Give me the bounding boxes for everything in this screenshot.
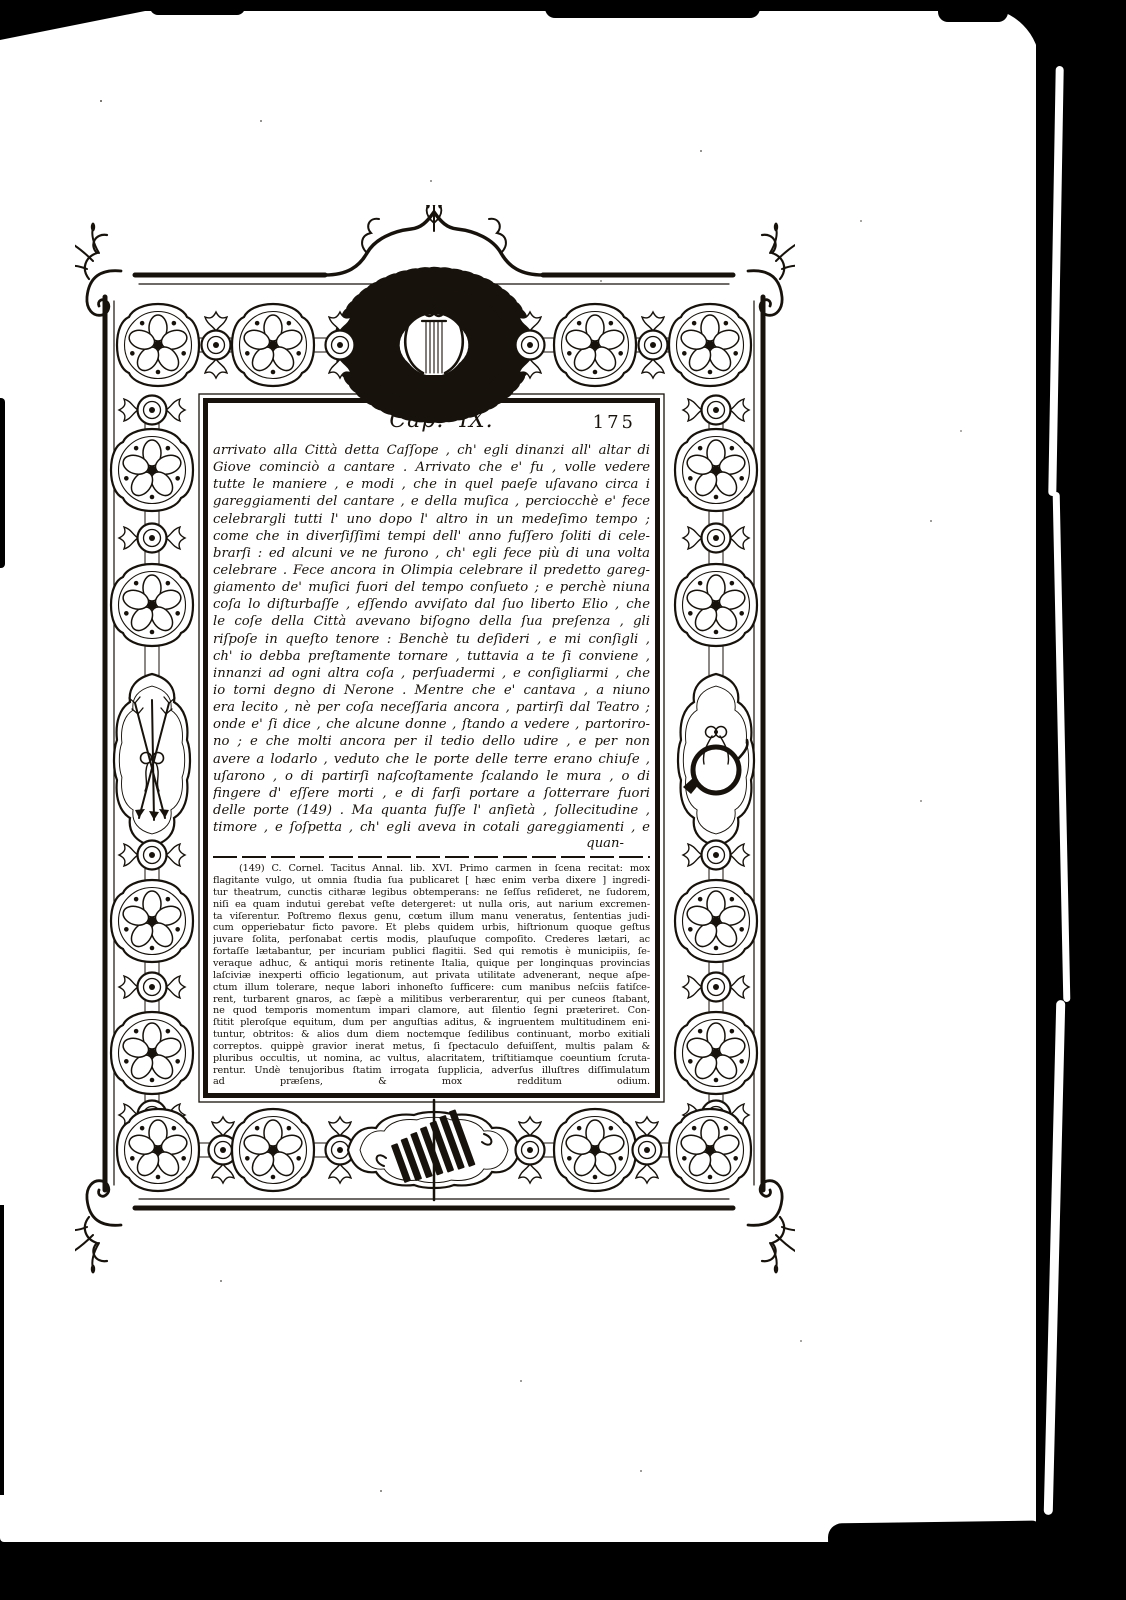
eyelink-icon	[202, 312, 231, 378]
catchword: quan-	[213, 836, 650, 854]
text-line: riſpoſe in queſto tenore : Benchè tu deſ…	[213, 631, 650, 648]
rosette-icon	[117, 304, 199, 386]
rosette-icon	[111, 1012, 193, 1094]
text-line: brarſi : ed alcuni ve ne furono , ch' eg…	[213, 545, 650, 562]
pan-flute-icon	[348, 1100, 520, 1200]
text-line: gareggiamenti del cantare , e della muſi…	[213, 493, 650, 510]
text-line: cum opperiebatur ficto pavore. Et plebs …	[213, 922, 650, 934]
text-line: fingere d' eſſere morti , e di farſi por…	[213, 785, 650, 802]
text-line: celebrargli tutti l' uno dopo l' altro i…	[213, 511, 650, 528]
eyelink-icon	[119, 396, 185, 425]
text-line: laſciviæ inexperti officio legationum, a…	[213, 970, 650, 982]
corner-scroll-icon	[748, 1181, 795, 1274]
text-line: (149) C. Cornel. Tacitus Annal. lib. XVI…	[213, 863, 650, 875]
rosette-icon	[111, 880, 193, 962]
eyelink-icon	[683, 524, 749, 553]
rosette-icon	[669, 1109, 751, 1191]
rosette-icon	[111, 564, 193, 646]
scan-edge-bottom	[0, 1542, 1126, 1600]
text-line: celebrare . Fece ancora in Olimpia celeb…	[213, 562, 650, 579]
text-line: arrivato alla Città detta Caſſope , ch' …	[213, 442, 650, 459]
scanned-book-page: Cap. IX. 175 arrivato alla Città detta C…	[0, 0, 1126, 1600]
text-line: no ; e che molti ancora per il tedio del…	[213, 733, 650, 750]
eyelink-icon	[683, 841, 749, 870]
scan-edge-bump	[545, 0, 760, 18]
text-line: innanzi ad ogni altra coſa , perſuadermi…	[213, 665, 650, 682]
scan-edge-bump	[828, 1521, 1042, 1552]
eyelink-icon	[639, 312, 668, 378]
hunting-horn-icon	[678, 674, 754, 846]
text-line: avere a lodarlo , veduto che le porte de…	[213, 751, 650, 768]
text-line: ne quod temporis momentum impari clamore…	[213, 1005, 650, 1017]
scan-edge-left	[0, 398, 5, 568]
text-line: pluribus occultis, ut nomina, ac vultus,…	[213, 1053, 650, 1065]
paper-speckles	[100, 100, 102, 102]
rosette-icon	[232, 1109, 314, 1191]
body-text: arrivato alla Città detta Caſſope , ch' …	[213, 442, 650, 836]
running-head: Cap. IX. 175	[213, 408, 650, 438]
text-line: flagitante vulgo, ut omnia ſtudia ſua pu…	[213, 875, 650, 887]
text-line: giamento de' muſici fuori del tempo conſ…	[213, 579, 650, 596]
text-line: Giove cominciò a cantare . Arrivato che …	[213, 459, 650, 476]
eyelink-icon	[119, 973, 185, 1002]
text-line: fortaſſe lætabantur, per incuriam public…	[213, 946, 650, 958]
text-line: uſarono , o di partirſi naſcoſtamente ſc…	[213, 768, 650, 785]
text-line: niſi ea quam indutui gerebat veſte deter…	[213, 899, 650, 911]
eyelink-icon	[119, 841, 185, 870]
text-line: delle porte (149) . Ma quanta fuſſe l' a…	[213, 802, 650, 819]
scan-edge-left	[0, 1205, 4, 1495]
page-number: 175	[593, 412, 636, 433]
scan-edge-bump	[938, 0, 1008, 22]
text-line: ſtitit pleroſque equitum, dum per anguſt…	[213, 1017, 650, 1029]
text-line: ctum illum tolerare, neque labori inhone…	[213, 982, 650, 994]
text-line: juvare ſolita, perſonabat certis modis, …	[213, 934, 650, 946]
eyelink-icon	[516, 1117, 545, 1183]
text-line: veraque adhuc, & antiqui moris retinente…	[213, 958, 650, 970]
footnote-text: (149) C. Cornel. Tacitus Annal. lib. XVI…	[213, 863, 650, 1088]
rosette-icon	[675, 564, 757, 646]
rosette-icon	[111, 429, 193, 511]
eyelink-icon	[683, 973, 749, 1002]
text-line: era lecito , nè per coſa neceſſaria anco…	[213, 699, 650, 716]
text-line: tutte le maniere , e modi , che in quel …	[213, 476, 650, 493]
footnote-rule	[213, 856, 650, 858]
text-line: ad præſens, & mox redditum odium.	[213, 1076, 650, 1088]
text-line: ta viſerentur. Poſtremo flexus genu, cœt…	[213, 911, 650, 923]
text-line: rentur. Undè tenujoribus ſtatim irrogata…	[213, 1065, 650, 1077]
rosette-icon	[675, 429, 757, 511]
rosette-icon	[117, 1109, 199, 1191]
rosette-icon	[675, 880, 757, 962]
text-line: timore , e ſoſpetta , ch' egli aveva in …	[213, 819, 650, 836]
text-line: coſa lo diſturbaſſe , eſſendo avviſato d…	[213, 596, 650, 613]
text-line: tur theatrum, cunctis citharæ legibus ob…	[213, 887, 650, 899]
rosette-icon	[232, 304, 314, 386]
eyelink-icon	[633, 1117, 662, 1183]
text-line: rent, turbarent gnaros, ac ſæpè a militi…	[213, 994, 650, 1006]
text-line: ch' io debba preſtamente tornare , tutta…	[213, 648, 650, 665]
eyelink-icon	[119, 524, 185, 553]
text-line: le coſe della Città avevano biſogno dell…	[213, 613, 650, 630]
eyelink-icon	[683, 396, 749, 425]
rosette-icon	[554, 304, 636, 386]
text-line: io torni degno di Nerone . Mentre che e'…	[213, 682, 650, 699]
text-line: onde e' ſi dice , che alcune donne , ſta…	[213, 716, 650, 733]
text-block: Cap. IX. 175 arrivato alla Città detta C…	[203, 398, 660, 1098]
corner-scroll-icon	[75, 1181, 121, 1274]
rosette-icon	[675, 1012, 757, 1094]
text-line: come che in diverſiſſimi tempi dell' ann…	[213, 528, 650, 545]
text-line: correptos. quippè gravior inerat metus, …	[213, 1041, 650, 1053]
text-line: tuntur, obtritos: & alios dum diem nocte…	[213, 1029, 650, 1041]
rosette-icon	[554, 1109, 636, 1191]
finial-sprig-icon	[426, 205, 442, 231]
rosette-icon	[669, 304, 751, 386]
corner-scroll-icon	[748, 223, 795, 316]
crossed-arrows-icon	[114, 674, 190, 846]
